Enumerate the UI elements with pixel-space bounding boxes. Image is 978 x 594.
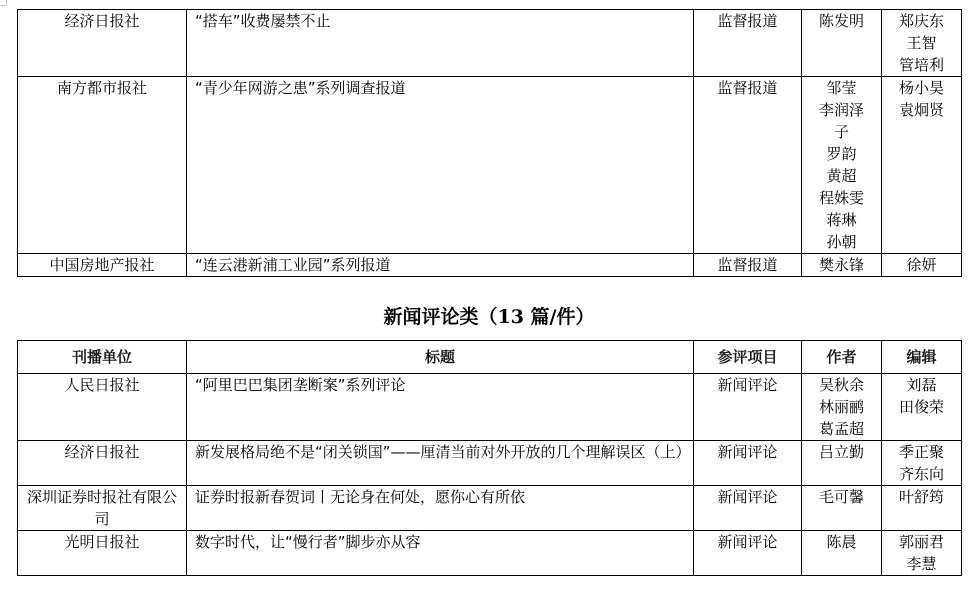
header-author: 作者 [802,341,882,374]
author-cell: 邹莹 李润泽 子 罗韵 黄超 程姝雯 蒋琳 孙朝 [802,77,882,254]
title-cell: “阿里巴巴集团垄断案”系列评论 [187,374,694,441]
editor-cell: 杨小昊 袁炯贤 [882,77,962,254]
title-cell: 新发展格局绝不是“闭关锁国”——厘清当前对外开放的几个理解误区（上） [187,441,694,486]
header-editor: 编辑 [882,341,962,374]
author-name: 子 [808,121,875,143]
editor-name: 李慧 [888,553,955,575]
editor-name: 徐妍 [888,254,955,276]
category-cell: 新闻评论 [694,374,802,441]
author-name: 蒋琳 [808,209,875,231]
title-cell: 证券时报新春贺词丨无论身在何处，愿你心有所依 [187,486,694,531]
editor-name: 田俊荣 [888,396,955,418]
header-row: 刊播单位 标题 参评项目 作者 编辑 [18,341,962,374]
table-row: 深圳证券时报社有限公司 证券时报新春贺词丨无论身在何处，愿你心有所依 新闻评论 … [18,486,962,531]
category-cell: 新闻评论 [694,486,802,531]
unit-cell: 人民日报社 [18,374,187,441]
editor-name: 郑庆东 [888,10,955,32]
table-row: 经济日报社 新发展格局绝不是“闭关锁国”——厘清当前对外开放的几个理解误区（上）… [18,441,962,486]
category-cell: 新闻评论 [694,441,802,486]
author-cell: 吴秋余 林丽鹂 葛孟超 [802,374,882,441]
author-name: 陈晨 [808,531,875,553]
unit-cell: 深圳证券时报社有限公司 [18,486,187,531]
author-name: 樊永锋 [808,254,875,276]
editor-name: 刘磊 [888,374,955,396]
editor-name: 管培利 [888,54,955,76]
unit-cell: 经济日报社 [18,10,187,77]
unit-cell: 中国房地产报社 [18,254,187,277]
editor-name: 叶舒筠 [888,486,955,508]
header-unit: 刊播单位 [18,341,187,374]
author-cell: 陈晨 [802,531,882,576]
author-cell: 吕立勤 [802,441,882,486]
author-name: 程姝雯 [808,187,875,209]
title-cell: 数字时代，让“慢行者”脚步亦从容 [187,531,694,576]
author-name: 林丽鹂 [808,396,875,418]
supervision-report-table: 经济日报社 “搭车”收费屡禁不止 监督报道 陈发明 郑庆东 王智 管培利 南方都… [17,9,962,277]
author-name: 罗韵 [808,143,875,165]
author-name: 黄超 [808,165,875,187]
editor-cell: 郭丽君 李慧 [882,531,962,576]
editor-name: 王智 [888,32,955,54]
author-cell: 陈发明 [802,10,882,77]
editor-name: 杨小昊 [888,77,955,99]
editor-cell: 叶舒筠 [882,486,962,531]
category-cell: 监督报道 [694,254,802,277]
category-cell: 监督报道 [694,10,802,77]
author-cell: 樊永锋 [802,254,882,277]
author-name: 吴秋余 [808,374,875,396]
editor-name: 齐东向 [888,463,955,485]
author-name: 毛可馨 [808,486,875,508]
table-row: 光明日报社 数字时代，让“慢行者”脚步亦从容 新闻评论 陈晨 郭丽君 李慧 [18,531,962,576]
author-name: 孙朝 [808,231,875,253]
unit-cell: 南方都市报社 [18,77,187,254]
category-cell: 监督报道 [694,77,802,254]
table-row: 人民日报社 “阿里巴巴集团垄断案”系列评论 新闻评论 吴秋余 林丽鹂 葛孟超 刘… [18,374,962,441]
title-cell: “青少年网游之患”系列调查报道 [187,77,694,254]
editor-cell: 郑庆东 王智 管培利 [882,10,962,77]
table-row: 南方都市报社 “青少年网游之患”系列调查报道 监督报道 邹莹 李润泽 子 罗韵 … [18,77,962,254]
author-name: 葛孟超 [808,418,875,440]
category-cell: 新闻评论 [694,531,802,576]
page-corner-mark [0,0,7,6]
author-name: 李润泽 [808,99,875,121]
table-row: 中国房地产报社 “连云港新浦工业园”系列报道 监督报道 樊永锋 徐妍 [18,254,962,277]
author-cell: 毛可馨 [802,486,882,531]
table-row: 经济日报社 “搭车”收费屡禁不止 监督报道 陈发明 郑庆东 王智 管培利 [18,10,962,77]
header-title: 标题 [187,341,694,374]
commentary-table: 刊播单位 标题 参评项目 作者 编辑 人民日报社 “阿里巴巴集团垄断案”系列评论… [17,340,962,576]
unit-cell: 经济日报社 [18,441,187,486]
editor-name: 郭丽君 [888,531,955,553]
section-title: 新闻评论类（13 篇/件） [0,304,978,330]
title-cell: “搭车”收费屡禁不止 [187,10,694,77]
editor-name: 季正聚 [888,441,955,463]
unit-cell: 光明日报社 [18,531,187,576]
author-name: 吕立勤 [808,441,875,463]
author-name: 陈发明 [808,10,875,32]
title-cell: “连云港新浦工业园”系列报道 [187,254,694,277]
editor-name: 袁炯贤 [888,99,955,121]
editor-cell: 徐妍 [882,254,962,277]
author-name: 邹莹 [808,77,875,99]
header-category: 参评项目 [694,341,802,374]
editor-cell: 季正聚 齐东向 [882,441,962,486]
editor-cell: 刘磊 田俊荣 [882,374,962,441]
